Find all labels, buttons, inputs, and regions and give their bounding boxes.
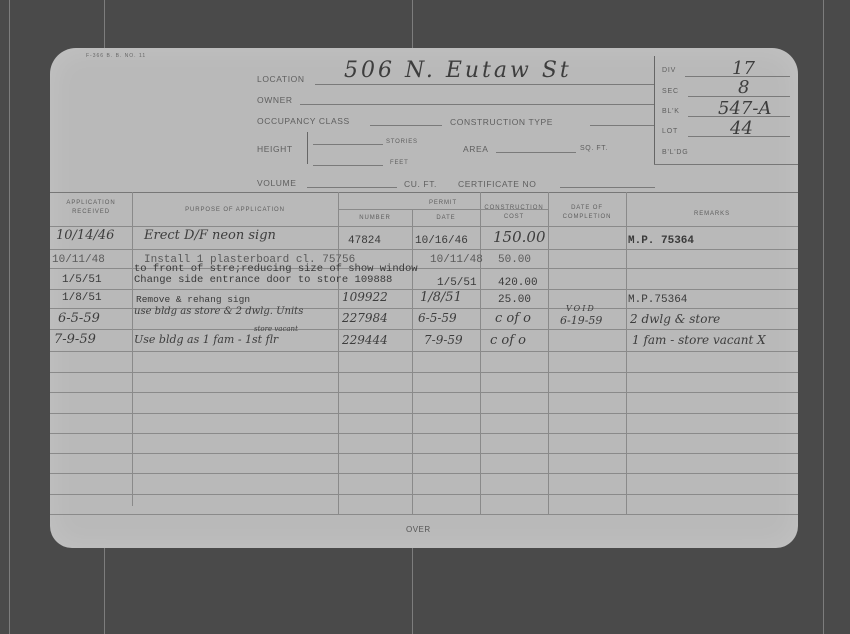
row-rule: [50, 249, 798, 250]
height-brace: [307, 132, 308, 164]
col-divider: [548, 192, 549, 514]
row-rule: [50, 329, 798, 330]
bldg-label: B'L'DG: [662, 149, 689, 156]
cell-cost: 150.00: [493, 228, 546, 246]
construction-type-label: CONSTRUCTION TYPE: [450, 117, 553, 127]
area-rule: [496, 152, 576, 153]
cell-permit-number: 47824: [348, 235, 381, 247]
stories-label: STORIES: [386, 139, 418, 145]
volume-label: VOLUME: [257, 178, 297, 188]
certificate-no-label: CERTIFICATE NO: [458, 179, 536, 189]
lot-value: 44: [730, 118, 753, 139]
col-divider: [480, 192, 481, 514]
cell-cost: 25.00: [498, 294, 531, 306]
scan-artifact: [9, 0, 10, 634]
over-label: OVER: [406, 525, 431, 534]
cell-remarks: M.P. 75364: [628, 235, 694, 247]
row-rule: [50, 372, 798, 373]
col-divider: [132, 192, 133, 506]
location-value: 506 N. Eutaw St: [344, 58, 572, 83]
cell-remarks: 2 dwlg & store: [630, 312, 720, 326]
occupancy-rule: [370, 125, 442, 126]
cell-purpose: Use bldg as 1 fam - 1st flr: [134, 333, 278, 346]
cell-cost: 50.00: [498, 254, 531, 266]
cell-received: 1/8/51: [62, 292, 102, 304]
certificate-rule: [560, 187, 655, 188]
cell-cost: c of o: [495, 311, 531, 326]
div-value: 17: [732, 58, 755, 79]
height-label: HEIGHT: [257, 144, 293, 154]
cuft-label: CU. FT.: [404, 179, 437, 189]
cell-received: 10/11/48: [52, 254, 105, 266]
scan-artifact: [823, 0, 824, 634]
div-label: DIV: [662, 67, 676, 74]
header-application: APPLICATION: [50, 200, 132, 206]
feet-rule: [313, 165, 383, 166]
cell-permit-number: 109922: [342, 290, 388, 304]
table-header-bottom: [50, 226, 798, 227]
header-date: DATE: [412, 215, 480, 221]
cell-permit-date: 10/16/46: [415, 235, 468, 247]
blk-value: 547-A: [718, 98, 771, 119]
table-top-border: [50, 192, 798, 193]
district-box-bottom: [654, 164, 798, 165]
header-date-of: DATE OF: [548, 205, 626, 211]
row-rule: [50, 351, 798, 352]
sec-label: SEC: [662, 88, 679, 95]
row-rule: [50, 494, 798, 495]
location-label: LOCATION: [257, 74, 305, 84]
cell-permit-date: 7-9-59: [424, 333, 463, 347]
col-divider: [626, 192, 627, 514]
cell-completion: 6-19-59: [560, 314, 602, 327]
sec-value: 8: [738, 77, 749, 98]
cell-cost: 420.00: [498, 277, 538, 289]
cell-permit-number: 229444: [342, 333, 388, 347]
row-rule: [50, 413, 798, 414]
col-divider: [338, 192, 339, 514]
col-divider: [412, 209, 413, 514]
form-number: F-366 B. B. NO. 11: [86, 53, 146, 59]
cell-purpose: Change side entrance door to store 10988…: [134, 274, 392, 286]
location-rule: [315, 84, 655, 85]
volume-rule: [307, 187, 397, 188]
purpose-note: store vacant: [254, 325, 298, 333]
header-remarks: REMARKS: [626, 211, 798, 217]
row-rule: [50, 453, 798, 454]
cell-received: 6-5-59: [58, 311, 100, 326]
occupancy-class-label: OCCUPANCY CLASS: [257, 116, 350, 126]
row-rule: [50, 514, 798, 515]
owner-label: OWNER: [257, 95, 293, 105]
feet-label: FEET: [390, 160, 409, 166]
cell-remarks: 1 fam - store vacant X: [632, 333, 766, 347]
cell-purpose: use bldg as store & 2 dwlg. Units: [134, 307, 334, 317]
area-label: AREA: [463, 144, 489, 154]
cell-permit-date: 10/11/48: [430, 254, 483, 266]
cell-remarks: M.P.75364: [628, 294, 687, 306]
cell-purpose: Remove & rehang sign: [136, 294, 250, 305]
construction-rule: [590, 125, 655, 126]
row-rule: [50, 473, 798, 474]
cell-received: 10/14/46: [56, 228, 114, 243]
row-rule: [50, 433, 798, 434]
completion-note: VOID: [566, 304, 596, 313]
header-received: RECEIVED: [50, 209, 132, 215]
district-box-border: [654, 56, 655, 164]
header-purpose: PURPOSE OF APPLICATION: [132, 207, 338, 213]
cell-received: 1/5/51: [62, 274, 102, 286]
cell-permit-date: 1/5/51: [437, 277, 477, 289]
cell-permit-date: 6-5-59: [418, 311, 457, 325]
header-completion: COMPLETION: [548, 214, 626, 220]
lot-label: LOT: [662, 128, 678, 135]
permit-record-card: F-366 B. B. NO. 11 LOCATION 506 N. Eutaw…: [50, 48, 798, 548]
header-cost: COST: [480, 214, 548, 220]
blk-label: BL'K: [662, 108, 680, 115]
cell-cost: c of o: [490, 333, 526, 348]
header-number: NUMBER: [338, 215, 412, 221]
cell-permit-date: 1/8/51: [420, 290, 462, 305]
header-construction: CONSTRUCTION: [480, 205, 548, 211]
sqft-label: SQ. FT.: [580, 145, 608, 152]
cell-received: 7-9-59: [54, 332, 96, 347]
stories-rule: [313, 144, 383, 145]
owner-rule: [300, 104, 655, 105]
row-rule: [50, 392, 798, 393]
cell-purpose: Erect D/F neon sign: [144, 228, 276, 243]
cell-permit-number: 227984: [342, 311, 388, 325]
